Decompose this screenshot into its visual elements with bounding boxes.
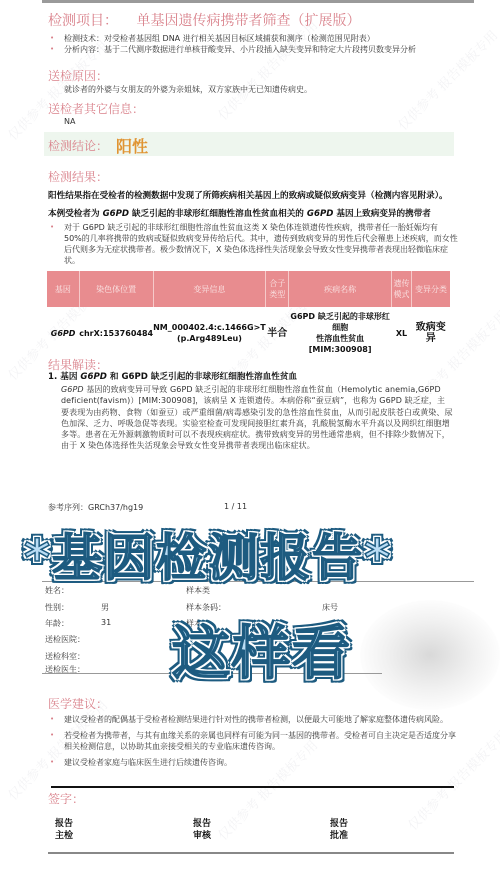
conclusion-value: 阳性 (116, 134, 148, 157)
cell-classification: 致病变异 (412, 307, 450, 359)
cell-gene: G6PD (47, 307, 79, 359)
department-label: 送检科室： (45, 651, 85, 662)
reason-title: 送检原因： (48, 67, 108, 84)
top-divider (42, 0, 474, 3)
signature-bottom-divider (48, 852, 454, 854)
gene-name: G6PD (103, 209, 129, 219)
project-title: 检测项目： 单基因遗传病携带者筛查（扩展版） (48, 10, 360, 30)
smudge-decoration (360, 600, 500, 710)
project-details: 检测技术：对受检者基因组 DNA 进行相关基因目标区域捕获和测序（检测范围见附表… (48, 33, 468, 55)
other-info-text: NA (64, 116, 75, 127)
gene-name: G6PD (307, 209, 333, 219)
age-value: 31 (101, 618, 111, 627)
col-variant: 变异信息 (153, 271, 266, 307)
signature-role-examiner: 报告 主检 (55, 818, 73, 842)
cell-disease: G6PD 缺乏引起的非球形红细胞 性溶血性贫血[MIM:300908] (289, 307, 392, 359)
gender-value: 男 (101, 602, 109, 613)
col-disease: 疾病名称 (289, 271, 392, 307)
col-zygosity: 合子类型 (266, 271, 289, 307)
signature-top-divider (51, 786, 454, 788)
gene-name: G6PD (80, 372, 106, 382)
cell-variant: NM_000402.4:c.1466G>T (p.Arg489Leu) (153, 307, 266, 359)
results-definition: 阳性结果指在受检者的检测数据中发现了所筛疾病相关基因上的致病或疑似致病变异（检测… (48, 189, 448, 201)
page-number: 1 / 11 (224, 502, 247, 511)
gene-name: G6PD (61, 385, 84, 394)
report-page: 仅供参考 报告模板专用 仅供参考 报告模板专用 仅供参考 报告模板专用 仅供参考… (0, 0, 500, 883)
hospital-label: 送检医院： (45, 634, 85, 645)
signature-title: 签字： (48, 790, 84, 807)
variant-table: 基因 染色体位置 变异信息 合子类型 疾病名称 遗传模式 变异分类 G6PD c… (47, 271, 450, 359)
reason-text: 就诊者的外婆与女朋友的外婆为亲姐妹，双方家族中无已知遗传病史。 (64, 84, 312, 95)
results-note: 对于 G6PD 缺乏引起的非球形红细胞性溶血性贫血这类 X 染色体连锁遗传性疾病… (48, 222, 458, 266)
gender-label: 性别： (45, 602, 69, 613)
overlay-subtitle: 这样看 (172, 606, 352, 690)
watermark: 仅供参考 报告模板专用 (213, 15, 321, 123)
advice-item: 建议受检者家庭与临床医生进行后续遗传咨询。 (48, 757, 458, 768)
advice-item: 建议受检者的配偶基于受检者检测结果进行针对性的携带者检测，以便最大可能地了解家庭… (48, 714, 458, 725)
signature-role-approver: 报告 批准 (330, 818, 348, 842)
col-inheritance: 遗传模式 (392, 271, 412, 307)
age-label: 年龄： (45, 618, 69, 629)
advice-title: 医学建议： (48, 695, 108, 712)
col-classification: 变异分类 (412, 271, 450, 307)
cell-position: chrX:153760484 (79, 307, 153, 359)
detail-item: 检测技术：对受检者基因组 DNA 进行相关基因目标区域捕获和测序（检测范围见附表… (48, 33, 468, 44)
advice-list: 建议受检者的配偶基于受检者检测结果进行针对性的携带者检测，以便最大可能地了解家庭… (48, 714, 458, 773)
col-position: 染色体位置 (79, 271, 153, 307)
reference-sequence: 参考序列：GRCh37/hg19 (48, 502, 143, 513)
cell-zygosity: 半合 (266, 307, 289, 359)
cell-inheritance: XL (392, 307, 412, 359)
other-info-title: 送检者其它信息： (48, 100, 144, 117)
signature-role-reviewer: 报告 审核 (193, 818, 211, 842)
advice-item: 若受检者为携带者，与其有血缘关系的亲属也同样有可能为同一基因的携带者。受检者可自… (48, 730, 458, 752)
results-notes: 对于 G6PD 缺乏引起的非球形红细胞性溶血性贫血这类 X 染色体连锁遗传性疾病… (48, 222, 458, 266)
conclusion-bar: 检测结论： 阳性 (44, 132, 454, 156)
interpretation-body: G6PD 基因的致病变异可导致 G6PD 缺乏引起的非球形红细胞性溶血性贫血（H… (61, 384, 453, 452)
project-label: 检测项目： (48, 13, 118, 29)
table-header-row: 基因 染色体位置 变异信息 合子类型 疾病名称 遗传模式 变异分类 (47, 271, 450, 307)
interpretation-item-title: 1. 基因 G6PD 和 G6PD 缺乏引起的非球形红细胞性溶血性贫血 (48, 370, 297, 382)
conclusion-label: 检测结论： (48, 137, 108, 154)
project-name: 单基因遗传病携带者筛查（扩展版） (136, 13, 360, 29)
results-title: 检测结果： (48, 168, 108, 185)
col-gene: 基因 (47, 271, 79, 307)
detail-item: 分析内容：基于二代测序数据进行单核苷酸变异、小片段插入缺失变异和特定大片段拷贝数… (48, 44, 468, 55)
results-summary: 本例受检者为 G6PD 缺乏引起的非球形红细胞性溶血性贫血相关的 G6PD 基因… (48, 207, 431, 219)
table-row: G6PD chrX:153760484 NM_000402.4:c.1466G>… (47, 307, 450, 359)
overlay-title: *基因检测报告* (24, 518, 392, 590)
